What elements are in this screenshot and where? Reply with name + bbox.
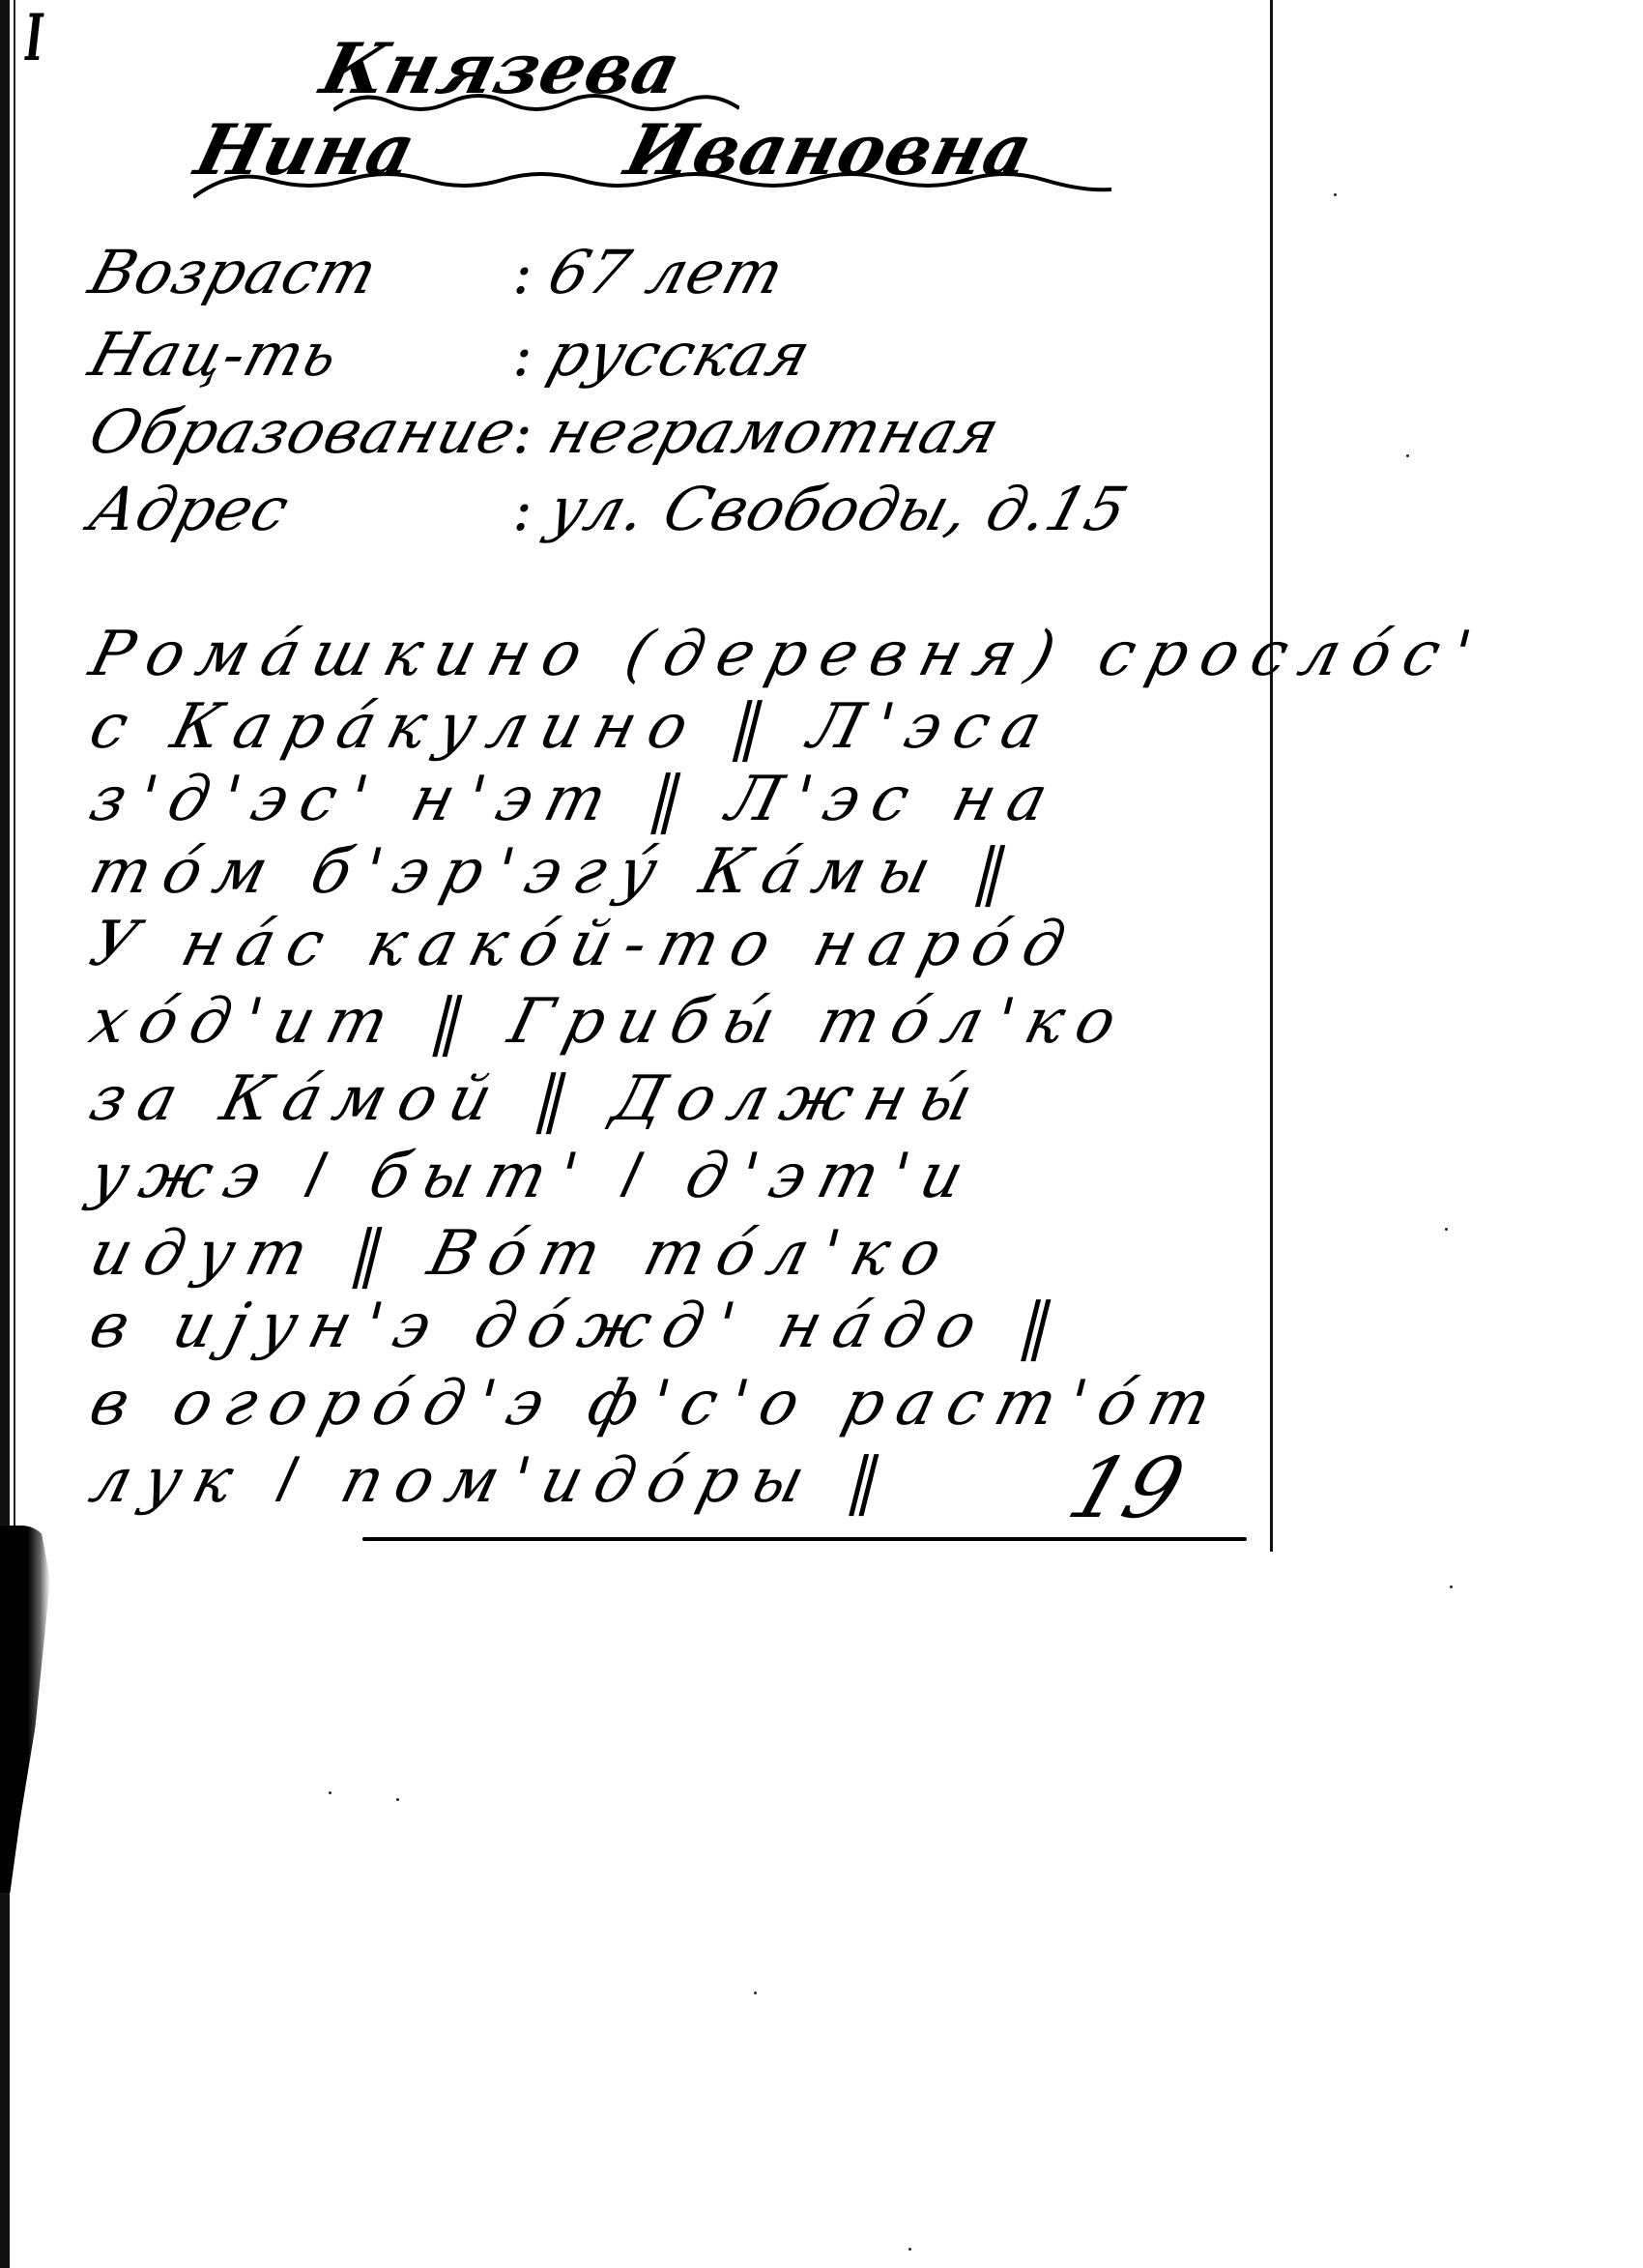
metadata-label: Образование (82, 396, 526, 467)
transcription-line: тóм б'эр'эгу́ Кáмы ‖ (83, 836, 1029, 908)
scan-speck (396, 1798, 399, 1801)
metadata-colon: : (512, 474, 533, 544)
transcription-line: Ромáшкино (деревня) срослóс' (83, 619, 1492, 690)
scan-speck (1406, 454, 1409, 457)
metadata-colon: : (512, 237, 533, 307)
transcription-line: лук ǀ пом'идóры ‖ (83, 1445, 903, 1517)
name-wavy-underline (193, 164, 1111, 203)
transcription-line: в огорóд'э ф'с'о раст'óт (83, 1368, 1231, 1439)
transcription-line: ужэ ǀ быт' ǀ д'эт'и (83, 1141, 984, 1212)
scan-smudge (0, 1526, 50, 1893)
metadata-value: 67 лет (541, 237, 793, 307)
card-right-border (1270, 0, 1273, 1552)
scan-speck (1334, 193, 1337, 196)
scan-speck (908, 2248, 911, 2251)
transcription-line: з'д'эс' н'эт ‖ Л'эс на (83, 764, 1068, 835)
metadata-label: Возраст (82, 237, 387, 307)
bottom-rule (362, 1537, 1247, 1541)
page-left-edge-line (14, 0, 15, 1527)
scan-speck (1450, 1585, 1453, 1588)
transcription-line: в ијун'э дóжд' нáдо ‖ (83, 1291, 1075, 1362)
metadata-label: Адрес (82, 474, 298, 544)
page-number: 19 (1057, 1440, 1196, 1537)
transcription-line: с Карáкулино ‖ Л'эса (83, 691, 1062, 763)
scan-speck (329, 1791, 331, 1794)
corner-mark: I (25, 6, 43, 70)
metadata-value: неграмотная (541, 396, 1009, 467)
transcription-line: идут ‖ Вóт тóл'ко (83, 1218, 963, 1290)
metadata-label: Нац-ть (82, 319, 348, 390)
page-left-edge (0, 0, 10, 2268)
metadata-value: русская (541, 319, 820, 390)
transcription-line: хóд'ит ‖ Грибы́ тóл'ко (83, 986, 1137, 1058)
metadata-colon: : (512, 319, 533, 390)
transcription-line: за Кáмой ‖ Должны́ (83, 1063, 993, 1135)
scan-speck (754, 1992, 757, 1994)
metadata-colon: : (512, 396, 533, 467)
transcription-line: У нáс какóй-то нарóд (83, 909, 1085, 980)
metadata-value: ул. Свободы, д.15 (541, 474, 1137, 544)
scan-speck (1445, 1228, 1448, 1231)
